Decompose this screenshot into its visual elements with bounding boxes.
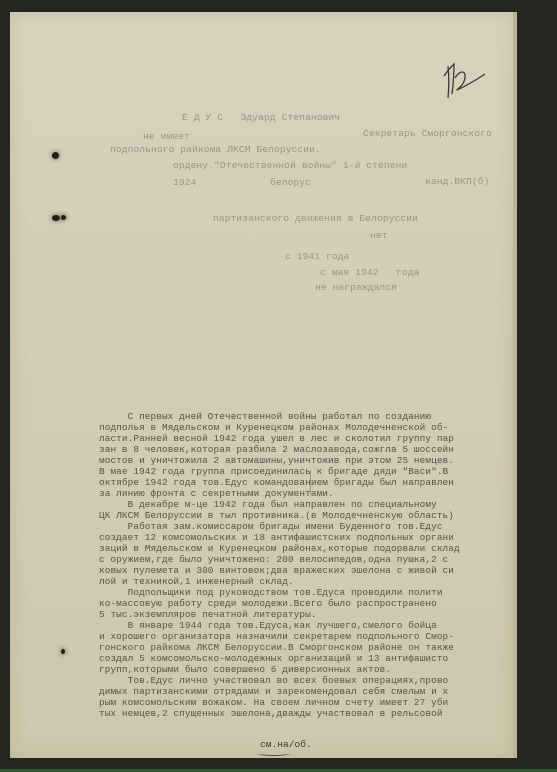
body-line: рым комсомольским вожаком. На своем личн… <box>99 698 448 707</box>
handwritten-page-number <box>438 56 488 102</box>
body-line: тых немцев,2 спущенных эшелона,дважды уч… <box>99 709 443 718</box>
birth-year: 1924 <box>173 178 196 188</box>
since-may-1942: с мая 1942 года <box>320 268 420 278</box>
body-line: В мае 1942 года группа присоединилась к … <box>99 467 448 476</box>
body-line: 5 тыс.экземпляров печатной литературы. <box>99 610 317 619</box>
party-membership: канд.ВКП(б) <box>425 177 489 187</box>
punch-hole-icon <box>61 649 65 654</box>
body-line: создает 12 комсомольских и 18 антифашист… <box>99 533 454 542</box>
not-awarded: не награждался <box>315 283 397 293</box>
body-line: В январе 1944 года тов.Едуса,как лучшего… <box>99 621 437 630</box>
body-line: зан в 8 человек,которая разбила 2 маслоз… <box>99 445 454 454</box>
body-line: Тов.Едус лично участвовал во всех боевых… <box>99 676 448 685</box>
body-line: октябре 1942 года тов.Едус командованием… <box>99 478 454 487</box>
body-line: гонского райкома ЛКСМ Белоруссии.В Сморг… <box>99 643 454 652</box>
full-name: Е Д У С Эдуард Степанович <box>182 113 340 123</box>
continue-overleaf-note: см.на/об. <box>260 739 312 750</box>
document-page: Е Д У С Эдуард Степанович не имеет Секре… <box>10 12 513 758</box>
field-no-have: не имеет <box>143 132 190 142</box>
position-title: Секретарь Сморгонского <box>363 129 492 139</box>
body-line: димых партизанскими отрядами и зарекомен… <box>99 687 448 696</box>
position-continuation: подпольного райкома ЛКСМ Белоруссии. <box>110 145 321 155</box>
since-1941: с 1941 года <box>285 252 349 262</box>
body-line: создал 5 комсомольско-молодежных организ… <box>99 654 448 663</box>
body-line: групп,которыми было совершено 6 диверсио… <box>99 665 391 674</box>
award-line: ордену "Отечественной войны" 1-й степени <box>173 161 407 171</box>
no-value: нет <box>370 231 388 241</box>
body-line: В декабре м-це 1942 года был направлен п… <box>99 500 437 509</box>
body-line: подполья в Мядельском и Куренецком район… <box>99 423 448 432</box>
punch-hole-icon <box>61 215 66 220</box>
body-line: заций в Мядельском и Куренецком районах,… <box>99 544 460 553</box>
nationality: белорус <box>270 178 311 188</box>
body-line: с оружием,где было уничтожено: 200 велос… <box>99 555 448 564</box>
body-line: Работая зам.комиссаром бригады имени Буд… <box>99 522 443 531</box>
body-line: и хорошего организатора назначили секрет… <box>99 632 454 641</box>
body-line: за линию фронта с секретными документами… <box>99 489 334 498</box>
punch-hole-icon <box>52 215 60 221</box>
body-line: Подпольщики под руководством тов.Едуса п… <box>99 588 443 597</box>
body-line: ЦК ЛКСМ Белоруссии в тыл противника.(в М… <box>99 511 454 520</box>
body-line: лой и техникой,1 инженерный склад. <box>99 577 294 586</box>
continue-overleaf-text: см.на/об. <box>260 739 312 750</box>
punch-hole-icon <box>52 152 59 159</box>
body-line: ласти.Ранней весной 1942 года ушел в лес… <box>99 434 454 443</box>
body-line: С первых дней Отечественной войны работа… <box>99 412 431 421</box>
body-line: ко-массовую работу среди молодежи.Всего … <box>99 599 437 608</box>
pencil-mark <box>310 470 311 494</box>
body-line: мостов и уничтожила 2 автомашины,уничтож… <box>99 456 454 465</box>
movement-line: партизанского движения в Белоруссии <box>213 214 418 224</box>
underline-mark <box>258 751 290 756</box>
body-line: ковых пулемета и 300 винтовок;два вражес… <box>99 566 454 575</box>
